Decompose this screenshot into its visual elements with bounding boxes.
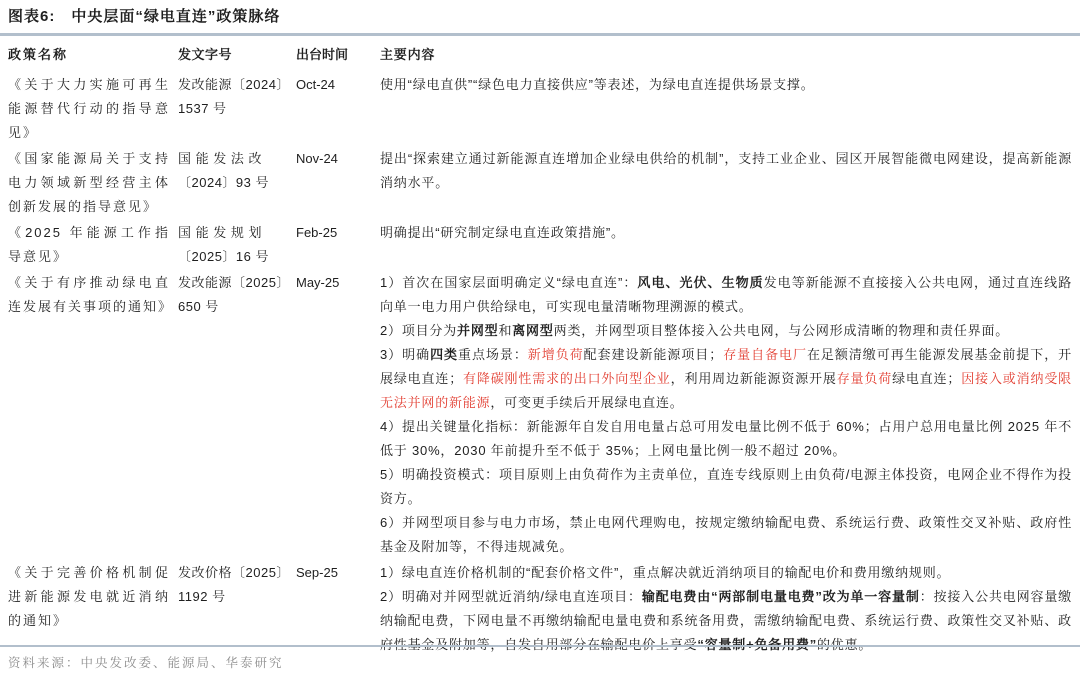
release-date: May-25 xyxy=(296,271,380,559)
table-row: 《2025 年能源工作指导意见》 国 能 发 规 划 〔2025〕16 号 Fe… xyxy=(8,220,1072,270)
content-paragraph: 明确提出“研究制定绿电直连政策措施”。 xyxy=(380,221,1072,245)
report-figure: 图表6:中央层面“绿电直连”政策脉络 政策名称 发文字号 出台时间 主要内容 《… xyxy=(0,0,1080,658)
policy-name: 《关于有序推动绿电直连发展有关事项的通知》 xyxy=(8,271,178,559)
content-paragraph: 1）首次在国家层面明确定义“绿电直连”：风电、光伏、生物质发电等新能源不直接接入… xyxy=(380,271,1072,319)
content-paragraph: 1）绿电直连价格机制的“配套价格文件”，重点解决就近消纳项目的输配电价和费用缴纳… xyxy=(380,561,1072,585)
content-paragraph: 4）提出关键量化指标：新能源年自发自用电量占总可用发电量比例不低于 60%；占用… xyxy=(380,415,1072,463)
table-row: 《关于有序推动绿电直连发展有关事项的通知》 发改能源〔2025〕 650 号 M… xyxy=(8,270,1072,560)
main-content: 1）首次在国家层面明确定义“绿电直连”：风电、光伏、生物质发电等新能源不直接接入… xyxy=(380,271,1072,559)
content-paragraph: 3）明确四类重点场景：新增负荷配套建设新能源项目；存量自备电厂在足额清缴可再生能… xyxy=(380,343,1072,415)
header-doc-number: 发文字号 xyxy=(178,44,296,66)
source-note: 资料来源：中央发改委、能源局、华泰研究 xyxy=(8,653,284,671)
policy-name: 《2025 年能源工作指导意见》 xyxy=(8,221,178,269)
header-policy-name: 政策名称 xyxy=(8,44,178,66)
content-paragraph: 提出“探索建立通过新能源直连增加企业绿电供给的机制”，支持工业企业、园区开展智能… xyxy=(380,147,1072,195)
main-content: 1）绿电直连价格机制的“配套价格文件”，重点解决就近消纳项目的输配电价和费用缴纳… xyxy=(380,561,1072,657)
table-row: 《国家能源局关于支持电力领域新型经营主体创新发展的指导意见》 国 能 发 法 改… xyxy=(8,146,1072,220)
content-paragraph: 5）明确投资模式：项目原则上由负荷作为主责单位，直连专线原则上由负荷/电源主体投… xyxy=(380,463,1072,511)
release-date: Oct-24 xyxy=(296,73,380,145)
table-header: 政策名称 发文字号 出台时间 主要内容 xyxy=(8,36,1072,72)
table-row: 《关于完善价格机制促进新能源发电就近消纳的通知》 发改价格〔2025〕 1192… xyxy=(8,560,1072,658)
policy-name: 《关于大力实施可再生能源替代行动的指导意见》 xyxy=(8,73,178,145)
doc-number: 发改价格〔2025〕 1192 号 xyxy=(178,561,296,657)
release-date: Nov-24 xyxy=(296,147,380,219)
doc-number: 发改能源〔2025〕 650 号 xyxy=(178,271,296,559)
header-release-date: 出台时间 xyxy=(296,44,380,66)
figure-label: 图表6: xyxy=(8,8,55,25)
figure-name: 中央层面“绿电直连”政策脉络 xyxy=(71,8,280,25)
content-paragraph: 使用“绿电直供”“绿色电力直接供应”等表述，为绿电直连提供场景支撑。 xyxy=(380,73,1072,97)
doc-number: 发改能源〔2024〕 1537 号 xyxy=(178,73,296,145)
bottom-rule xyxy=(0,645,1080,647)
content-paragraph: 6）并网型项目参与电力市场，禁止电网代理购电，按规定缴纳输配电费、系统运行费、政… xyxy=(380,511,1072,559)
main-content: 提出“探索建立通过新能源直连增加企业绿电供给的机制”，支持工业企业、园区开展智能… xyxy=(380,147,1072,219)
table-body: 《关于大力实施可再生能源替代行动的指导意见》 发改能源〔2024〕 1537 号… xyxy=(8,72,1072,658)
doc-number: 国 能 发 法 改 〔2024〕93 号 xyxy=(178,147,296,219)
figure-title: 图表6:中央层面“绿电直连”政策脉络 xyxy=(8,5,1072,33)
release-date: Sep-25 xyxy=(296,561,380,657)
header-main-content: 主要内容 xyxy=(380,44,1072,66)
main-content: 明确提出“研究制定绿电直连政策措施”。 xyxy=(380,221,1072,269)
release-date: Feb-25 xyxy=(296,221,380,269)
table-row: 《关于大力实施可再生能源替代行动的指导意见》 发改能源〔2024〕 1537 号… xyxy=(8,72,1072,146)
policy-name: 《关于完善价格机制促进新能源发电就近消纳的通知》 xyxy=(8,561,178,657)
content-paragraph: 2）项目分为并网型和离网型两类，并网型项目整体接入公共电网，与公网形成清晰的物理… xyxy=(380,319,1072,343)
policy-name: 《国家能源局关于支持电力领域新型经营主体创新发展的指导意见》 xyxy=(8,147,178,219)
doc-number: 国 能 发 规 划 〔2025〕16 号 xyxy=(178,221,296,269)
main-content: 使用“绿电直供”“绿色电力直接供应”等表述，为绿电直连提供场景支撑。 xyxy=(380,73,1072,145)
